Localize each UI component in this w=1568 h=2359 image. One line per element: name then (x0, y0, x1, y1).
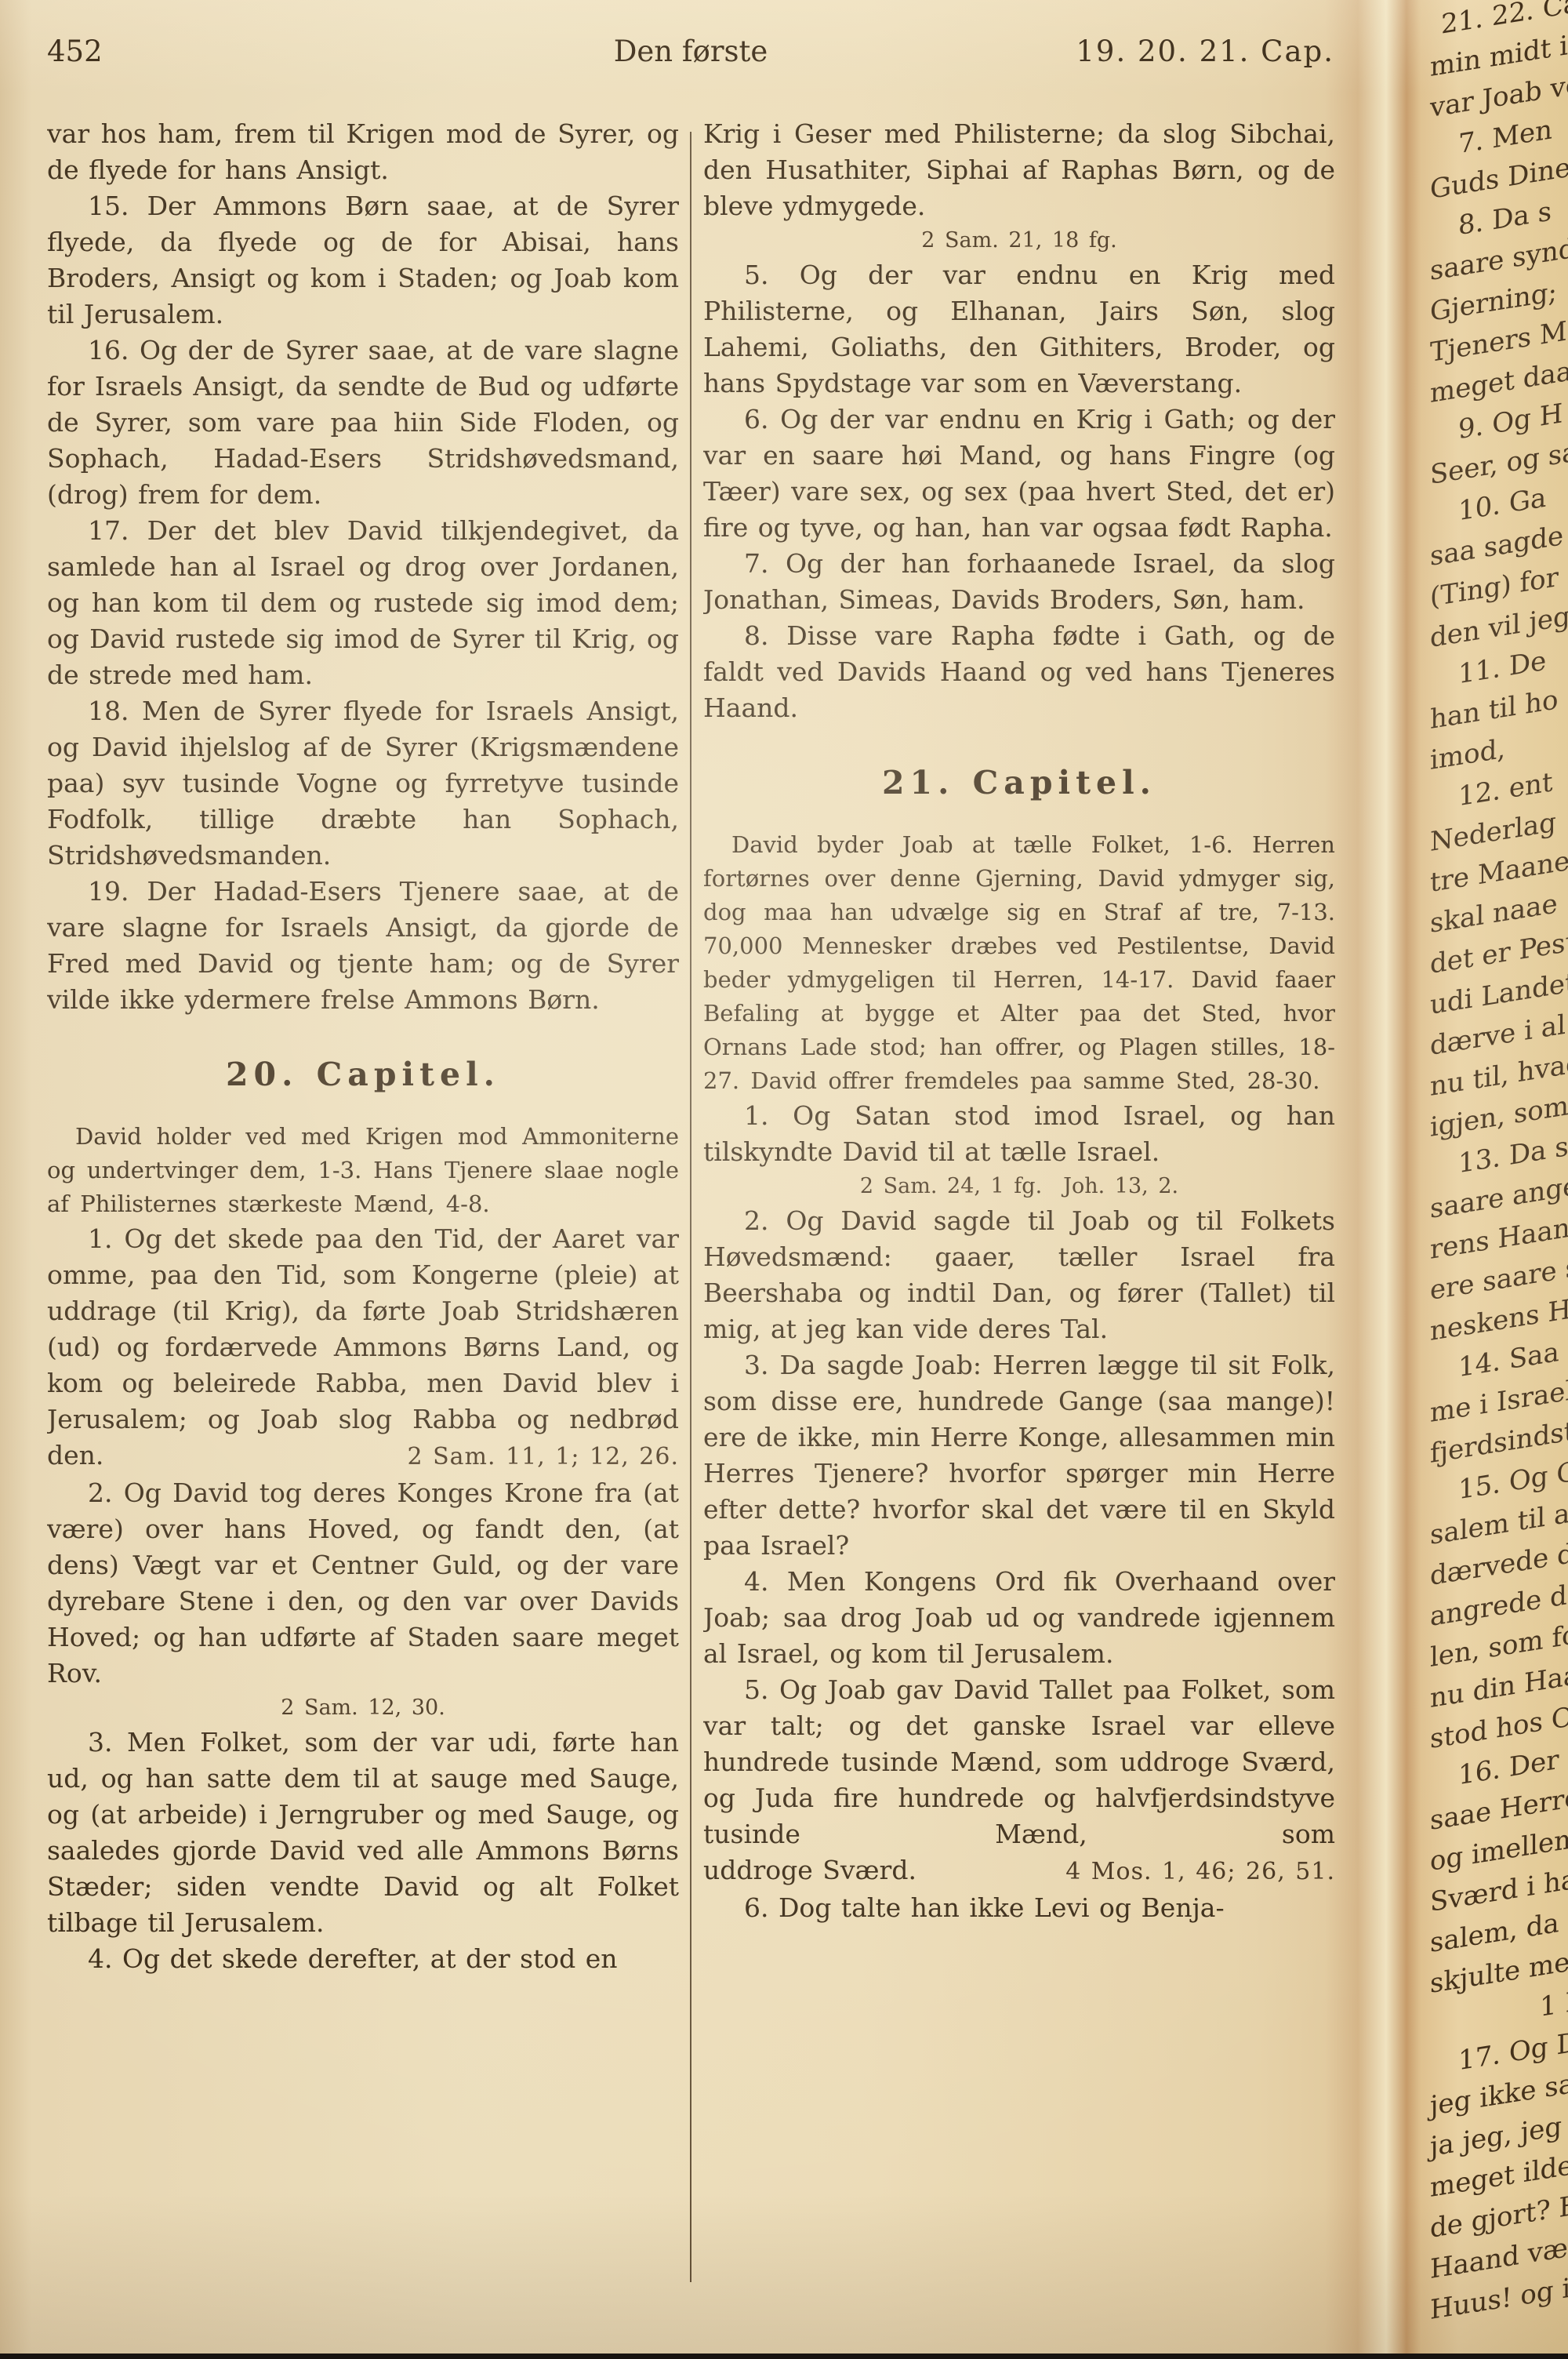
verse-continuation: var hos ham, frem til Krigen mod de Syre… (47, 116, 679, 188)
next-page-text-fragments: 21. 22. Cap.min midt ibvar Joab ve7. Men… (1430, 0, 1568, 2331)
verse-paragraph: 4. Og det skede derefter, at der stod en (47, 1941, 679, 1977)
text-column-left: var hos ham, frem til Krigen mod de Syre… (47, 116, 679, 2312)
verse-last-line: den.2 Sam. 11, 1; 12, 26. (47, 1438, 679, 1475)
chapter-summary: David holder ved med Krigen mod Ammonite… (47, 1120, 679, 1221)
verse-paragraph: 7. Og der han forhaanede Israel, da slog… (703, 546, 1335, 618)
chapter-ref: 19. 20. 21. Cap. (768, 35, 1334, 68)
verse-paragraph: 15. Der Ammons Børn saae, at de Syrer fl… (47, 188, 679, 333)
verse-paragraph: 3. Da sagde Joab: Herren lægge til sit F… (703, 1347, 1335, 1564)
verse-paragraph: 5. Og der var endnu en Krig med Philiste… (703, 257, 1335, 402)
running-title: Den første (614, 35, 768, 68)
verse-paragraph: 3. Men Folket, som der var udi, førte ha… (47, 1725, 679, 1941)
verse-paragraph: 6. Dog talte han ikke Levi og Benja- (703, 1890, 1335, 1926)
scripture-reference: 2 Sam. 12, 30. (47, 1692, 679, 1725)
chapter-heading: 20. Capitel. (47, 1056, 679, 1093)
scan-bottom-edge (0, 2354, 1568, 2359)
verse-paragraph: 8. Disse vare Rapha fødte i Gath, og de … (703, 618, 1335, 726)
verse-tail-text: uddroge Sværd. (703, 1852, 916, 1888)
scripture-reference: 2 Sam. 24, 1 fg. Joh. 13, 2. (703, 1170, 1335, 1203)
scripture-reference: 2 Sam. 11, 1; 12, 26. (407, 1439, 679, 1475)
book-page-scan: 452 Den første 19. 20. 21. Cap. var hos … (0, 0, 1568, 2359)
verse-paragraph: 1. Og det skede paa den Tid, der Aaret v… (47, 1221, 679, 1438)
verse-paragraph: 5. Og Joab gav David Tallet paa Folket, … (703, 1672, 1335, 1852)
chapter-summary: David byder Joab at tælle Folket, 1-6. H… (703, 828, 1335, 1098)
verse-paragraph: 18. Men de Syrer flyede for Israels Ansi… (47, 693, 679, 874)
chapter-heading: 21. Capitel. (703, 764, 1335, 801)
verse-paragraph: 6. Og der var endnu en Krig i Gath; og d… (703, 402, 1335, 546)
page-number: 452 (47, 35, 614, 68)
next-page-curled-edge: 21. 22. Cap.min midt ibvar Joab ve7. Men… (1408, 0, 1568, 2359)
scripture-reference: 2 Sam. 21, 18 fg. (703, 224, 1335, 257)
verse-last-line: uddroge Sværd.4 Mos. 1, 46; 26, 51. (703, 1852, 1335, 1890)
column-divider-rule (690, 132, 691, 2282)
verse-paragraph: 1. Og Satan stod imod Israel, og han til… (703, 1098, 1335, 1170)
verse-paragraph: 19. Der Hadad-Esers Tjenere saae, at de … (47, 874, 679, 1018)
verse-paragraph: 16. Og der de Syrer saae, at de vare sla… (47, 333, 679, 513)
verse-paragraph: 2. Og David tog deres Konges Krone fra (… (47, 1475, 679, 1692)
verse-tail-text: den. (47, 1438, 103, 1474)
verse-paragraph: 4. Men Kongens Ord fik Overhaand over Jo… (703, 1564, 1335, 1672)
running-header: 452 Den første 19. 20. 21. Cap. (47, 35, 1334, 68)
scripture-reference: 4 Mos. 1, 46; 26, 51. (1065, 1854, 1335, 1890)
verse-paragraph: 17. Der det blev David tilkjendegivet, d… (47, 513, 679, 693)
verse-paragraph: 2. Og David sagde til Joab og til Folket… (703, 1203, 1335, 1347)
verse-continuation: Krig i Geser med Philisterne; da slog Si… (703, 116, 1335, 224)
text-column-right: Krig i Geser med Philisterne; da slog Si… (703, 116, 1335, 2312)
